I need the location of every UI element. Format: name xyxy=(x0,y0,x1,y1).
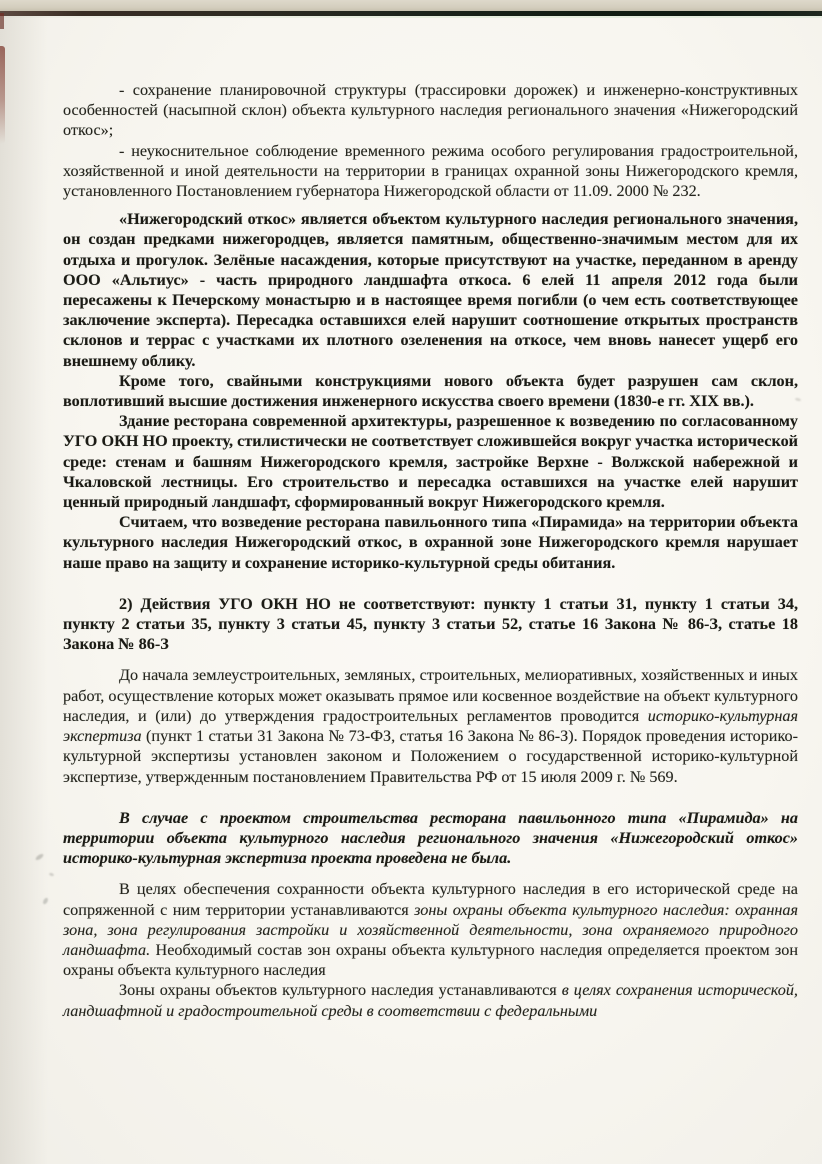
scanned-document-page: - сохранение планировочной структуры (тр… xyxy=(0,0,822,1164)
paragraph-zones-purpose: Зоны охраны объектов культурного наследи… xyxy=(63,980,798,1020)
text-run: - неукоснительное соблюдение временного … xyxy=(63,142,798,200)
left-margin-shading xyxy=(0,16,48,1164)
page-top-edge-highlight xyxy=(0,16,822,18)
text-run: Кроме того, свайными конструкциями новог… xyxy=(63,372,798,410)
paragraph-conclusion-rights-violation: Считаем, что возведение ресторана павиль… xyxy=(63,512,798,573)
paragraph-otkos-heritage-description: «Нижегородский откос» является объектом … xyxy=(63,209,798,371)
paragraph-protection-zones: В целях обеспечения сохранности объекта … xyxy=(63,879,798,980)
paragraph-pile-construction-damage: Кроме того, свайными конструкциями новог… xyxy=(63,371,798,411)
text-run: (пункт 1 статьи 31 Закона № 73-ФЗ, стать… xyxy=(63,727,798,785)
paragraph-restaurant-architecture-mismatch: Здание ресторана современной архитектуры… xyxy=(63,411,798,512)
text-run: Зоны охраны объектов культурного наследи… xyxy=(119,981,562,999)
document-content: - сохранение планировочной структуры (тр… xyxy=(63,80,798,1021)
text-run: Считаем, что возведение ресторана павиль… xyxy=(63,513,798,571)
heading-claim-2-ugo-okn-violations: 2) Действия УГО ОКН НО не соответствуют:… xyxy=(63,594,798,655)
text-run: Необходимый состав зон охраны объекта ку… xyxy=(63,941,798,979)
margin-smudge xyxy=(49,872,55,877)
paragraph-expertise-not-conducted: В случае с проектом строительства рестор… xyxy=(63,808,798,869)
paragraph-preserve-planning-structure: - сохранение планировочной структуры (тр… xyxy=(63,80,798,141)
text-run: 2) Действия УГО ОКН НО не соответствуют:… xyxy=(63,595,798,653)
text-run: В случае с проектом строительства рестор… xyxy=(63,809,798,867)
paragraph-temporary-regime-compliance: - неукоснительное соблюдение временного … xyxy=(63,141,798,202)
paragraph-expertise-requirement: До начала землеустроительных, земляных, … xyxy=(63,665,798,786)
text-run: «Нижегородский откос» является объектом … xyxy=(63,210,798,369)
text-run: Здание ресторана современной архитектуры… xyxy=(63,412,798,511)
scanner-edge-strip xyxy=(0,0,822,11)
text-run: - сохранение планировочной структуры (тр… xyxy=(63,81,798,139)
